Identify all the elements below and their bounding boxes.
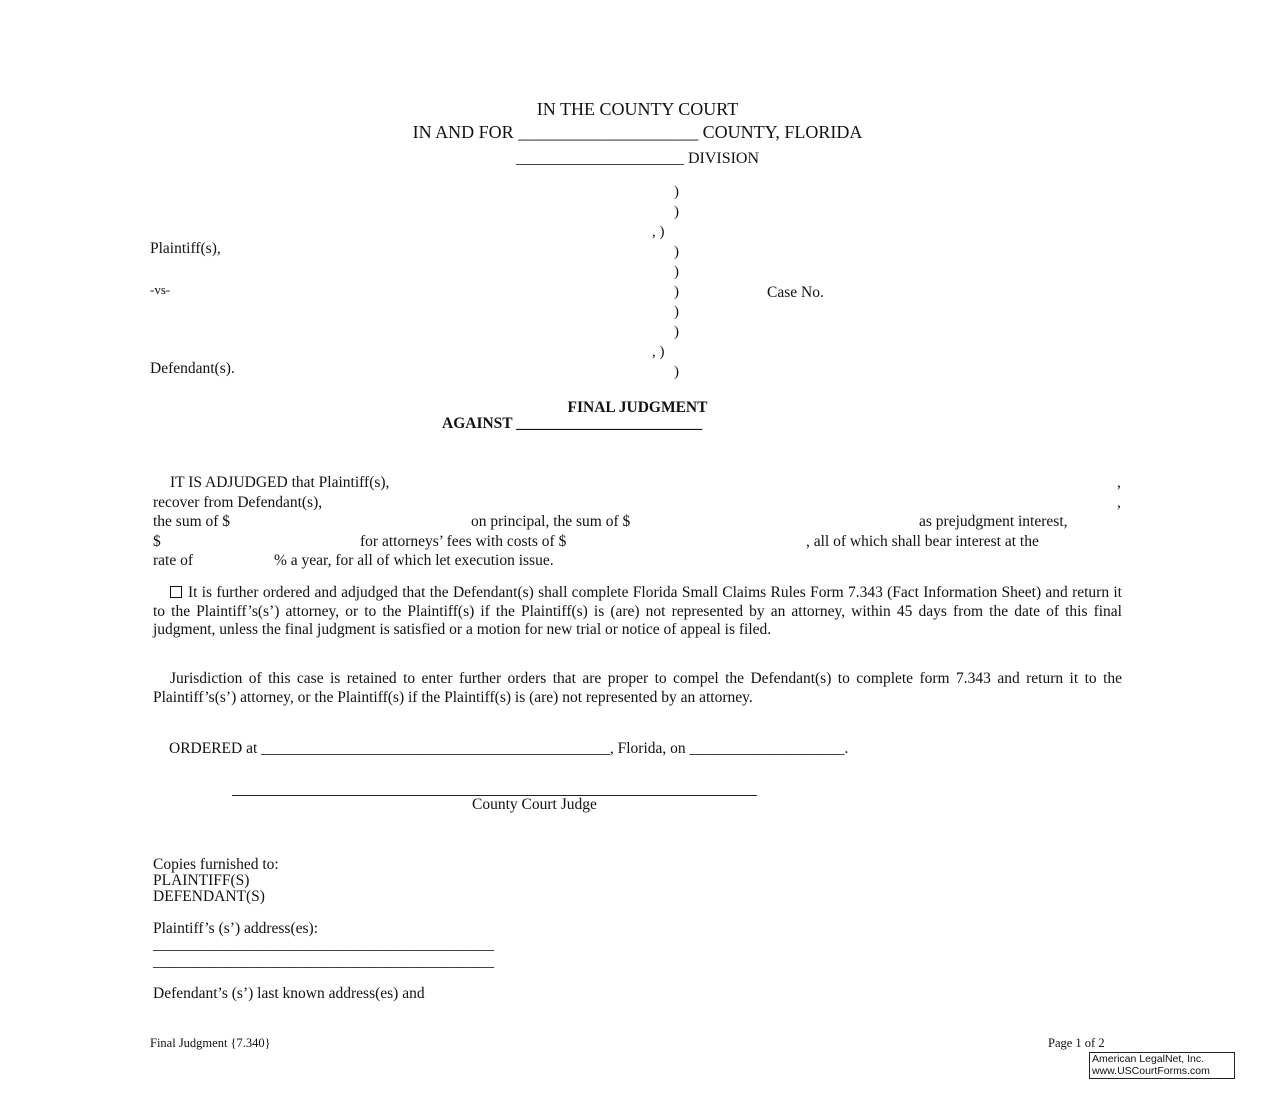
page-number: Page 1 of 2 — [1048, 1036, 1105, 1051]
publisher-badge: American LegalNet, Inc. www.USCourtForms… — [1089, 1052, 1235, 1079]
paren: ) — [674, 204, 679, 221]
county-line: IN AND FOR ____________________ COUNTY, … — [0, 122, 1275, 143]
defendant-label: Defendant(s). — [150, 360, 235, 378]
interest-clause: , all of which shall bear interest at th… — [806, 533, 1039, 551]
fact-sheet-paragraph: It is further ordered and adjudged that … — [153, 584, 1122, 640]
execution-clause: % a year, for all of which let execution… — [274, 552, 554, 570]
document-subtitle: AGAINST ________________________ — [442, 415, 702, 433]
form-name: Final Judgment {7.340} — [150, 1036, 271, 1051]
paren: ) — [674, 244, 679, 261]
fees-dollar-label: $ — [153, 533, 161, 551]
paren: ) — [674, 284, 679, 301]
jurisdiction-paragraph: Jurisdiction of this case is retained to… — [153, 670, 1122, 707]
adjudged-comma: , — [1117, 474, 1121, 492]
defendant-address-label: Defendant’s (s’) last known address(es) … — [153, 985, 425, 1003]
adjudged-comma: , — [1117, 494, 1121, 512]
publisher-name: American LegalNet, Inc. — [1092, 1054, 1232, 1066]
rate-label: rate of — [153, 552, 193, 570]
paren-comma: , ) — [652, 224, 665, 241]
paren: ) — [674, 184, 679, 201]
fact-sheet-text: It is further ordered and adjudged that … — [153, 584, 1122, 638]
judge-signature-label: County Court Judge — [472, 796, 597, 814]
ordered-line: ORDERED at _____________________________… — [169, 740, 848, 758]
copies-recipient: DEFENDANT(S) — [153, 888, 265, 906]
paren: ) — [674, 264, 679, 281]
paren-comma: , ) — [652, 344, 665, 361]
paren: ) — [674, 364, 679, 381]
case-number-label: Case No. — [767, 284, 824, 302]
plaintiff-address-line[interactable]: ________________________________________… — [153, 953, 494, 971]
adjudged-line-1: IT IS ADJUDGED that Plaintiff(s), — [170, 474, 389, 492]
adjudged-line-2: recover from Defendant(s), — [153, 494, 322, 512]
principal-label: the sum of $ — [153, 513, 230, 531]
court-name: IN THE COUNTY COURT — [0, 99, 1275, 120]
division-line: _____________________ DIVISION — [0, 150, 1275, 168]
attorney-fees-label: for attorneys’ fees with costs of $ — [360, 533, 566, 551]
fact-sheet-checkbox[interactable] — [170, 586, 182, 598]
prejudgment-sum-label: on principal, the sum of $ — [471, 513, 630, 531]
prejudgment-interest-label: as prejudgment interest, — [919, 513, 1068, 531]
plaintiff-address-line[interactable]: ________________________________________… — [153, 936, 494, 954]
plaintiff-label: Plaintiff(s), — [150, 240, 221, 258]
paren: ) — [674, 324, 679, 341]
vs-label: -vs- — [150, 282, 170, 298]
paren: ) — [674, 304, 679, 321]
publisher-url: www.USCourtForms.com — [1092, 1066, 1232, 1078]
